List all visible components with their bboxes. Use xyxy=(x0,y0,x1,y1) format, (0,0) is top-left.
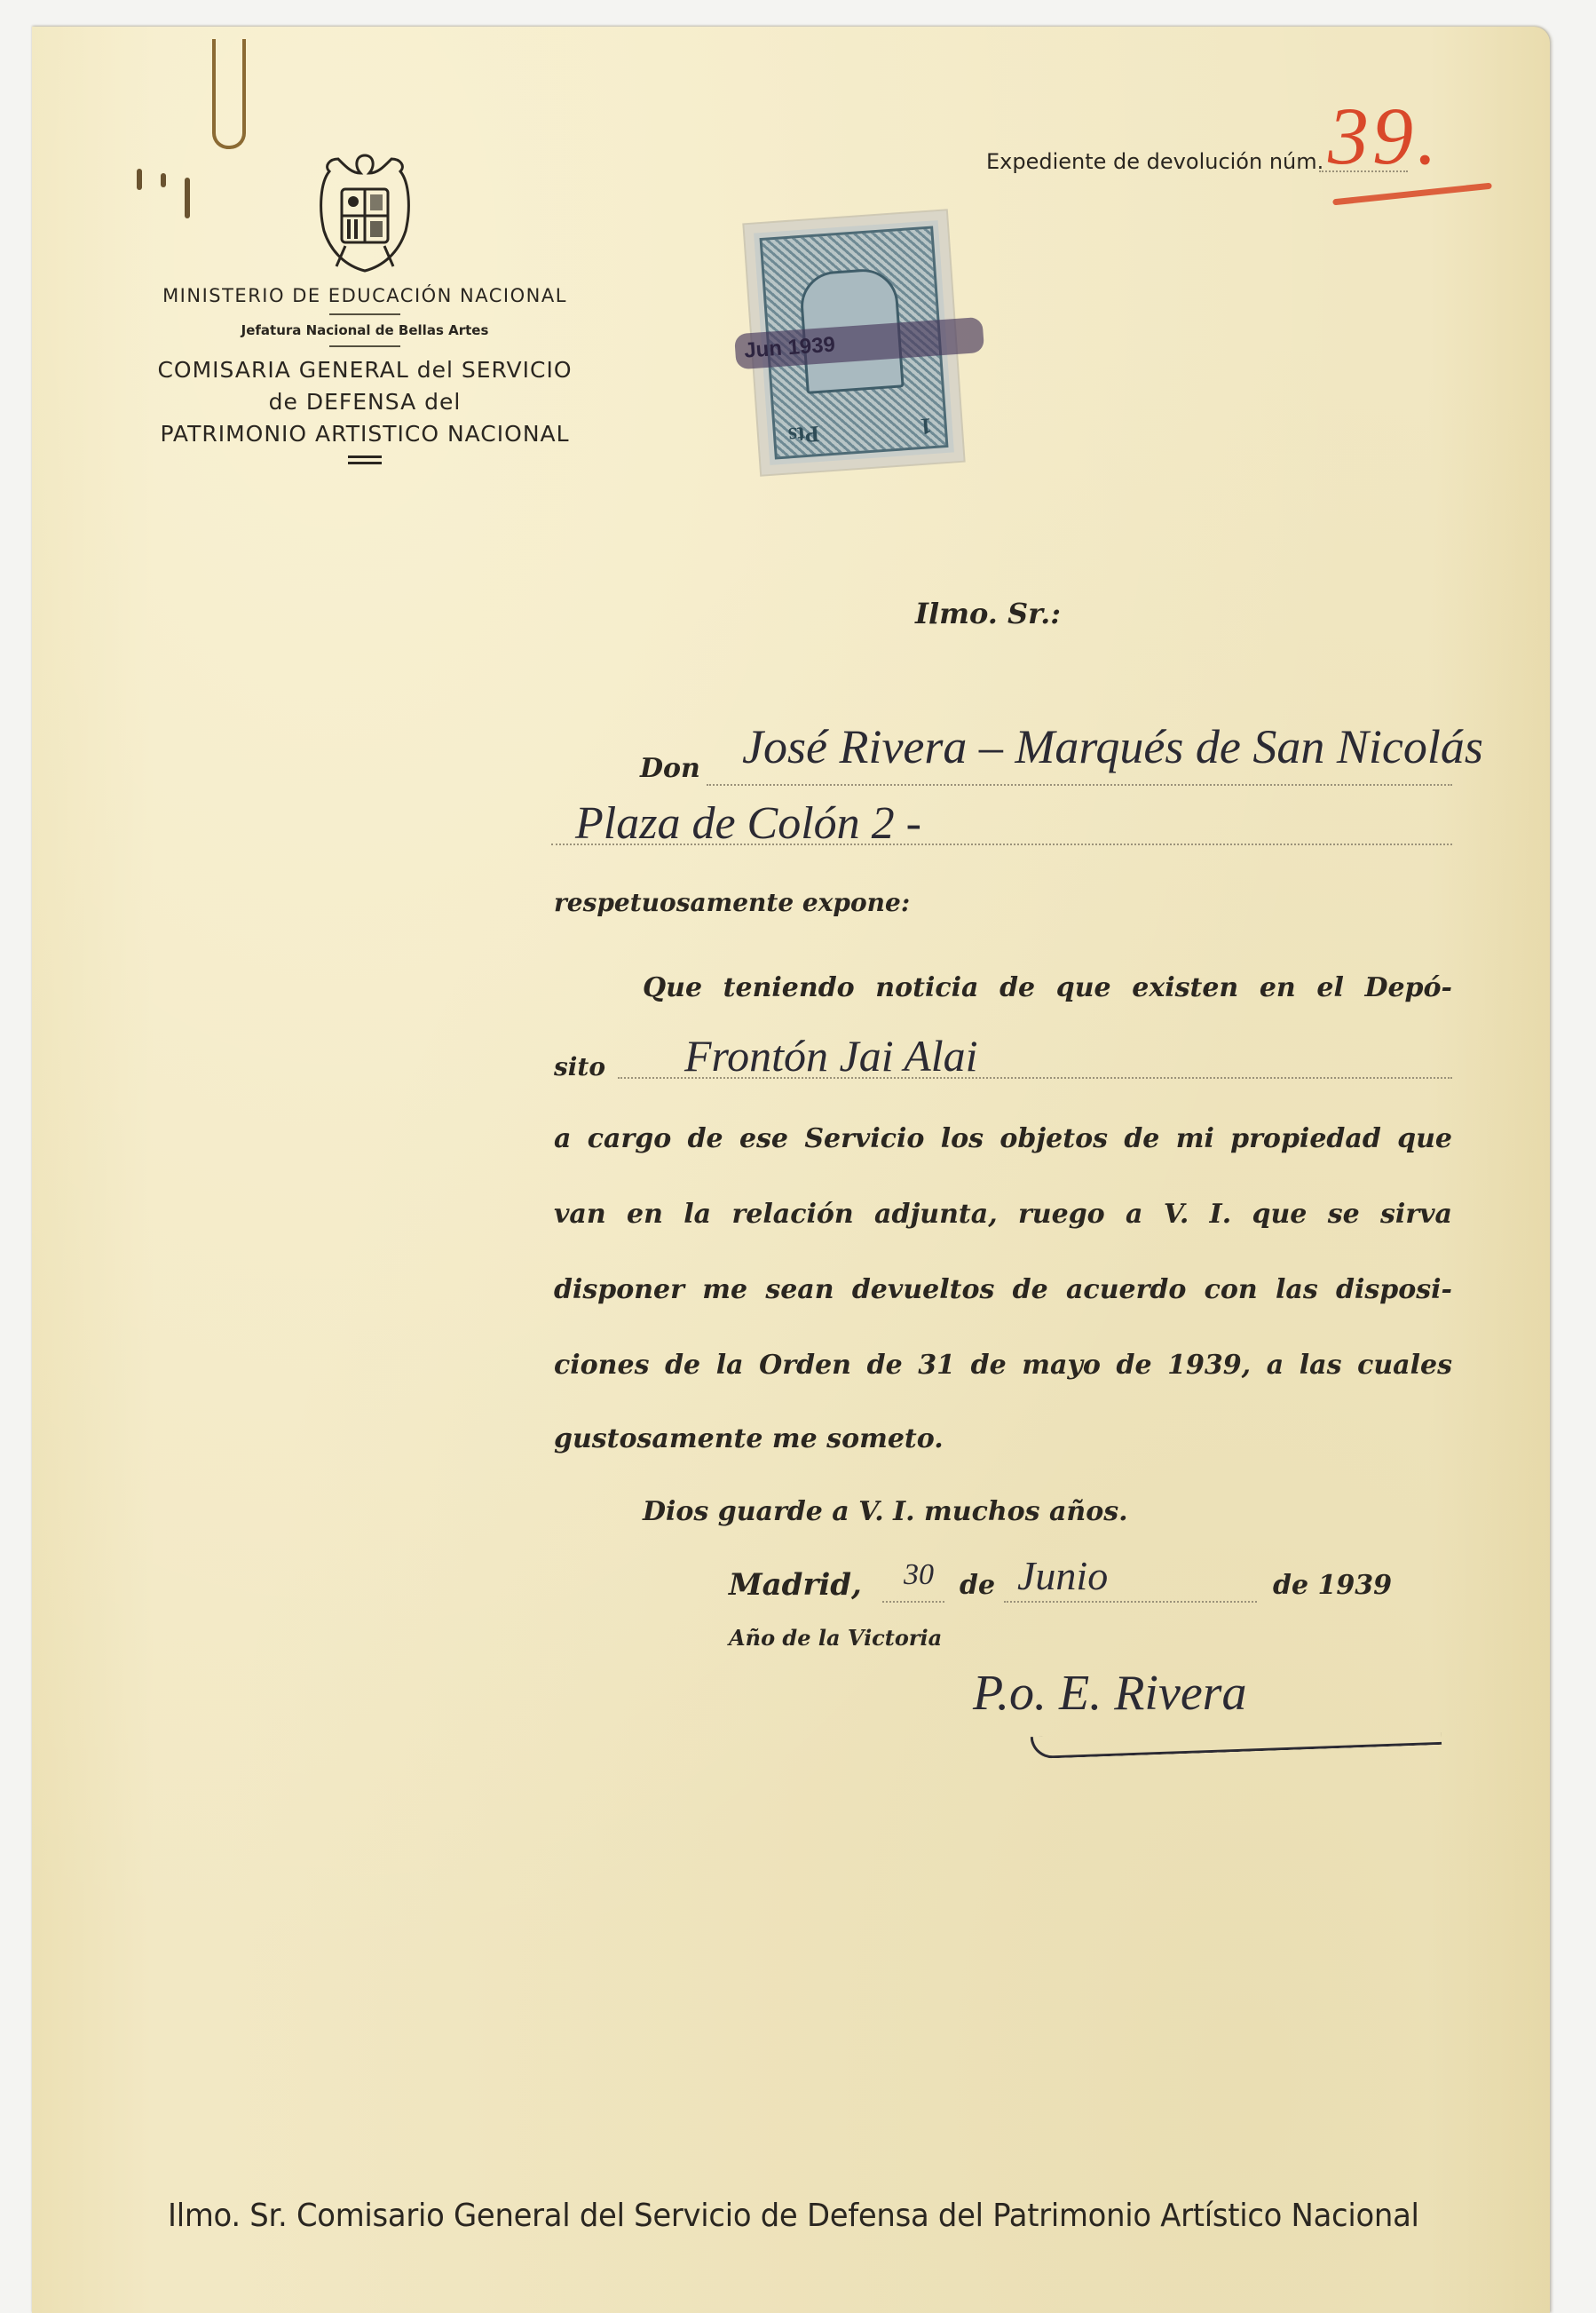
stamp-currency: Pts xyxy=(787,420,820,448)
body-line-1: Que teniendo noticia de que existen en e… xyxy=(643,972,1452,1003)
body-line-4: disponer me sean devueltos de acuerdo co… xyxy=(554,1274,1452,1305)
day-line xyxy=(882,1601,944,1603)
ministry-name: MINISTERIO DE EDUCACIÓN NACIONAL xyxy=(156,285,573,306)
double-rule xyxy=(348,455,382,464)
commission-line-2: de DEFENSA del xyxy=(156,386,573,418)
body-line-1-text: Que teniendo noticia de que existen en e… xyxy=(643,972,1452,1003)
month-line xyxy=(1004,1601,1257,1603)
don-label: Don xyxy=(640,753,700,784)
letterhead: MINISTERIO DE EDUCACIÓN NACIONAL Jefatur… xyxy=(156,147,573,464)
date-day: 30 xyxy=(904,1558,934,1592)
signature: P.o. E. Rivera xyxy=(973,1665,1246,1722)
revenue-stamp: Pts 1 Jun 1939 xyxy=(744,210,963,474)
applicant-name: José Rivera – Marqués de San Nicolás xyxy=(742,719,1483,774)
sito-label: sito xyxy=(554,1052,605,1081)
year-subtitle: Año de la Victoria xyxy=(729,1625,942,1651)
body-line-5: ciones de la Orden de 31 de mayo de 1939… xyxy=(554,1350,1452,1381)
document-page: MINISTERIO DE EDUCACIÓN NACIONAL Jefatur… xyxy=(32,27,1550,2313)
footer-addressee: Ilmo. Sr. Comisario General del Servicio… xyxy=(168,2198,1419,2234)
deposito-value: Frontón Jai Alai xyxy=(684,1030,978,1081)
salutation: Ilmo. Sr.: xyxy=(915,597,1061,630)
file-number-underline xyxy=(1332,183,1492,206)
date-de: de xyxy=(960,1570,995,1601)
commission-line-3: PATRIMONIO ARTISTICO NACIONAL xyxy=(156,418,573,450)
commission-line-1: COMISARIA GENERAL del SERVICIO xyxy=(156,354,573,386)
stamp-value: 1 xyxy=(920,412,933,440)
paper-clip-icon xyxy=(212,39,246,149)
punch-hole-mark xyxy=(137,169,142,190)
spanish-coat-of-arms-icon xyxy=(312,147,418,280)
signature-flourish xyxy=(1031,1723,1442,1759)
closing-text: Dios guarde a V. I. muchos años. xyxy=(643,1496,1541,1527)
expone-text: respetuosamente expone: xyxy=(554,888,910,917)
date-year: de 1939 xyxy=(1273,1570,1392,1601)
department-name: Jefatura Nacional de Bellas Artes xyxy=(156,322,573,338)
body-line-3: van en la relación adjunta, ruego a V. I… xyxy=(554,1199,1452,1230)
applicant-name-line xyxy=(707,784,1452,786)
date-month: Junio xyxy=(1017,1552,1108,1599)
file-number-label: Expediente de devolución núm. xyxy=(986,149,1323,174)
divider xyxy=(329,313,400,315)
file-number-value: 39. xyxy=(1328,89,1441,183)
divider xyxy=(329,345,400,347)
place-label: Madrid, xyxy=(729,1567,862,1603)
body-line-6: gustosamente me someto. xyxy=(554,1423,1452,1454)
applicant-address: Plaza de Colón 2 - xyxy=(575,797,921,850)
body-line-2: a cargo de ese Servicio los objetos de m… xyxy=(554,1123,1452,1154)
